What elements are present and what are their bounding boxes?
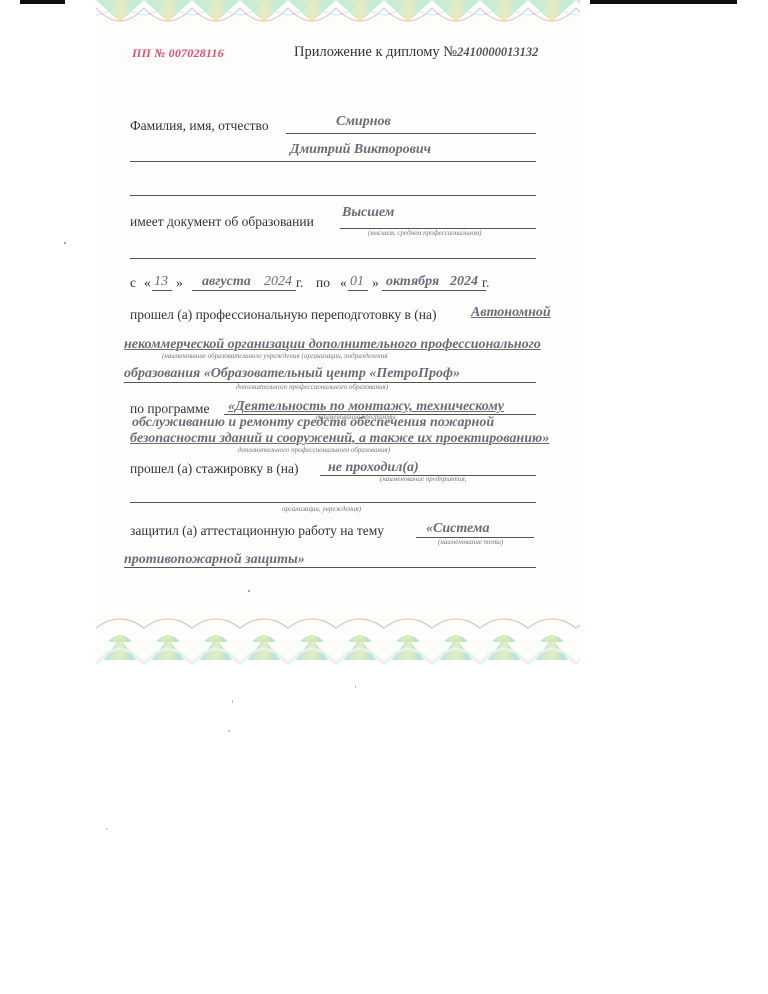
to-month: октября [386,274,439,290]
full-name-label: Фамилия, имя, отчество [130,118,269,134]
from-year: 2024 [264,274,292,290]
full-name-line-2 [130,161,536,162]
retraining-org-line-3: образования «Образовательный центр «Петр… [124,366,460,382]
scan-speck [228,730,230,732]
program-line-3: безопасности зданий и сооружений, а такж… [130,431,549,447]
from-month-line [192,290,296,291]
name-patronymic-value: Дмитрий Викторович [290,142,431,158]
retraining-org-line-1: Автономной [471,305,551,321]
document-title: Приложение к диплому №2410000013132 [294,44,538,61]
certificate-serial-number: ПП № 007028116 [132,46,224,61]
internship-value: не проходил(а) [328,460,419,476]
scan-speck [355,685,356,688]
quote-close: » [372,275,379,291]
from-month: августа [202,274,251,290]
scan-speck [64,242,66,244]
retraining-label: прошел (а) профессиональную переподготов… [130,307,437,323]
scan-speck [232,700,233,703]
thesis-hint: (наименование темы) [438,538,503,546]
retraining-hint-1: (наименование образовательного учреждени… [162,352,387,360]
quote-open: « [340,275,347,291]
blank-line [130,195,536,196]
document-title-label: Приложение к диплому № [294,44,457,60]
to-year: 2024 [450,274,478,290]
scan-speck [106,828,108,830]
full-name-line-1 [286,133,536,134]
guilloche-bottom-border [96,608,580,664]
internship-hint-2: организации, учреждения) [282,505,361,513]
education-hint: (высшем, среднем профессиональном) [368,229,482,237]
retraining-org-line-2: некоммерческой организации дополнительно… [124,337,541,353]
from-year-suffix: г. [296,275,303,291]
program-line-2: обслуживанию и ремонту средств обеспечен… [132,415,494,431]
blank-line [130,258,536,259]
scan-edge-left [20,0,65,4]
from-day-line [152,290,172,291]
diploma-number: 2410000013132 [457,45,538,59]
quote-open: « [144,275,151,291]
thesis-line-2: противопожарной защиты» [124,552,305,568]
thesis-label: защитил (а) аттестационную работу на тем… [130,523,384,539]
program-hint-2: дополнительного профессионального образо… [238,446,390,454]
quote-close: » [176,275,183,291]
to-month-line [382,290,486,291]
diploma-supplement-page: ПП № 007028116 Приложение к диплому №241… [96,0,580,664]
education-value: Высшем [342,205,394,221]
scan-speck [248,590,250,592]
to-year-suffix: г. [482,275,489,291]
thesis-line-1: «Система [426,521,490,537]
to-day-line [348,290,368,291]
education-label: имеет документ об образовании [130,214,314,230]
date-from-prefix: с [130,275,136,291]
guilloche-top-border [96,0,580,36]
internship-line-2 [130,502,536,503]
surname-value: Смирнов [336,114,391,130]
retraining-hint-2: дополнительного профессионального образо… [236,383,388,391]
to-day: 01 [350,274,364,290]
internship-label: прошел (а) стажировку в (на) [130,461,299,477]
from-day: 13 [154,274,168,290]
internship-hint-1: (наименование предприятия, [380,475,466,483]
date-to-prefix: по [316,275,330,291]
scan-edge-right [590,0,737,4]
